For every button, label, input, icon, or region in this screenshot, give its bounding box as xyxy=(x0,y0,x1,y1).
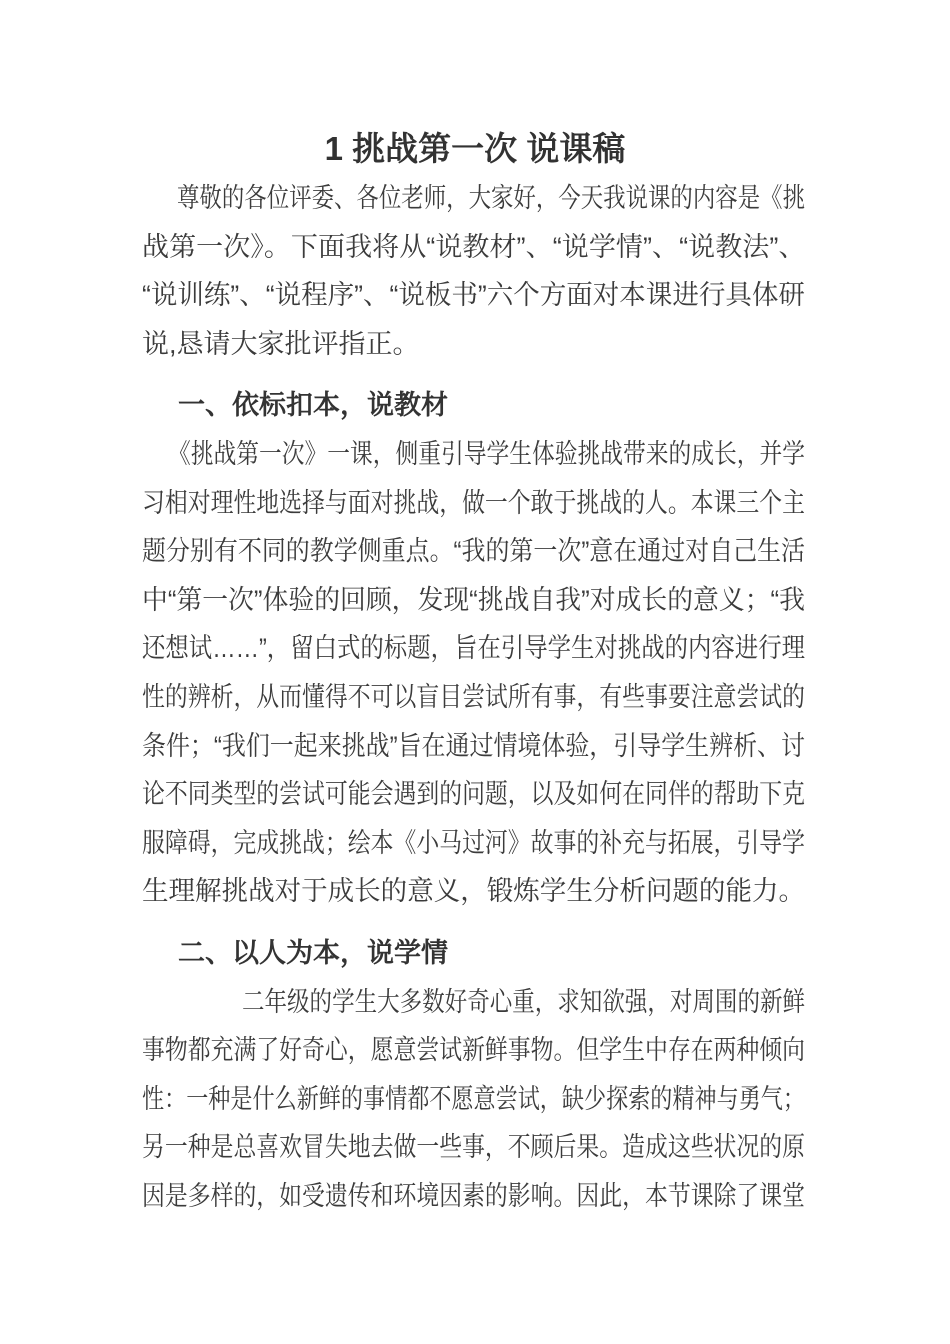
text-line: 论不同类型的尝试可能会遇到的问题，以及如何在同伴的帮助下克 xyxy=(142,770,808,819)
text-line-content: 性的辨析，从而懂得不可以盲目尝试所有事，有些事要注意尝试的 xyxy=(142,673,805,722)
text-line-content: 事物都充满了好奇心，愿意尝试新鲜事物。但学生中存在两种倾向 xyxy=(142,1026,805,1075)
document-title: 1 挑战第一次 说课稿 xyxy=(142,124,808,174)
text-line: 战第一次》。下面我将从“说教材”、“说学情”、“说教法”、 xyxy=(142,223,808,272)
text-line: 尊敬的各位评委、各位老师，大家好，今天我说课的内容是《挑 xyxy=(142,174,808,223)
text-line-content: 还想试……”，留白式的标题，旨在引导学生对挑战的内容进行理 xyxy=(142,624,805,673)
text-line: 性的辨析，从而懂得不可以盲目尝试所有事，有些事要注意尝试的 xyxy=(142,673,808,722)
text-line: 性：一种是什么新鲜的事情都不愿意尝试，缺少探索的精神与勇气； xyxy=(142,1075,808,1124)
text-line-content: 题分别有不同的教学侧重点。“我的第一次”意在通过对自己生活 xyxy=(142,527,805,576)
text-line-content: 服障碍，完成挑战；绘本《小马过河》故事的补充与拓展，引导学 xyxy=(142,819,805,868)
text-line: 题分别有不同的教学侧重点。“我的第一次”意在通过对自己生活 xyxy=(142,527,808,576)
section-heading-text: 二、以人为本，说学情 xyxy=(178,929,448,978)
document-title-text: 1 挑战第一次 说课稿 xyxy=(325,124,626,174)
section-2-paragraph: 二年级的学生大多数好奇心重，求知欲强，对周围的新鲜事物都充满了好奇心，愿意尝试新… xyxy=(142,978,808,1221)
document-body: 尊敬的各位评委、各位老师，大家好，今天我说课的内容是《挑战第一次》。下面我将从“… xyxy=(142,174,808,1220)
document-page: 1 挑战第一次 说课稿 尊敬的各位评委、各位老师，大家好，今天我说课的内容是《挑… xyxy=(0,0,950,1344)
text-line-content: 习相对理性地选择与面对挑战，做一个敢于挑战的人。本课三个主 xyxy=(142,479,805,528)
text-line: 说,恳请大家批评指正。 xyxy=(142,320,808,369)
text-line: 《挑战第一次》一课，侧重引导学生体验挑战带来的成长，并学 xyxy=(142,430,808,479)
section-1-heading: 一、依标扣本，说教材 xyxy=(142,381,808,430)
text-line: 习相对理性地选择与面对挑战，做一个敢于挑战的人。本课三个主 xyxy=(142,479,808,528)
text-line: 因是多样的，如受遗传和环境因素的影响。因此，本节课除了课堂 xyxy=(142,1172,808,1221)
text-line-content: 生理解挑战对于成长的意义，锻炼学生分析问题的能力。 xyxy=(142,867,805,916)
text-line: 二年级的学生大多数好奇心重，求知欲强，对周围的新鲜 xyxy=(142,978,808,1027)
text-line-content: 另一种是总喜欢冒失地去做一些事，不顾后果。造成这些状况的原 xyxy=(142,1123,805,1172)
text-line-content: “说训练”、“说程序”、“说板书”六个方面对本课进行具体研 xyxy=(142,271,805,320)
text-line: 还想试……”，留白式的标题，旨在引导学生对挑战的内容进行理 xyxy=(142,624,808,673)
text-line-content: 条件；“我们一起来挑战”旨在通过情境体验，引导学生辨析、讨 xyxy=(142,722,805,771)
text-line: 另一种是总喜欢冒失地去做一些事，不顾后果。造成这些状况的原 xyxy=(142,1123,808,1172)
text-line: 事物都充满了好奇心，愿意尝试新鲜事物。但学生中存在两种倾向 xyxy=(142,1026,808,1075)
text-line: 条件；“我们一起来挑战”旨在通过情境体验，引导学生辨析、讨 xyxy=(142,722,808,771)
text-line: 服障碍，完成挑战；绘本《小马过河》故事的补充与拓展，引导学 xyxy=(142,819,808,868)
section-1-paragraph: 《挑战第一次》一课，侧重引导学生体验挑战带来的成长，并学习相对理性地选择与面对挑… xyxy=(142,430,808,916)
text-line-content: 战第一次》。下面我将从“说教材”、“说学情”、“说教法”、 xyxy=(142,223,806,272)
text-line: 生理解挑战对于成长的意义，锻炼学生分析问题的能力。 xyxy=(142,867,808,916)
text-line: 中“第一次”体验的回顾，发现“挑战自我”对成长的意义；“我 xyxy=(142,576,808,625)
text-line-content: 二年级的学生大多数好奇心重，求知欲强，对周围的新鲜 xyxy=(242,978,805,1027)
text-line: “说训练”、“说程序”、“说板书”六个方面对本课进行具体研 xyxy=(142,271,808,320)
text-line-content: 中“第一次”体验的回顾，发现“挑战自我”对成长的意义；“我 xyxy=(142,576,805,625)
intro-paragraph: 尊敬的各位评委、各位老师，大家好，今天我说课的内容是《挑战第一次》。下面我将从“… xyxy=(142,174,808,368)
text-line-content: 性：一种是什么新鲜的事情都不愿意尝试，缺少探索的精神与勇气； xyxy=(142,1075,805,1124)
text-line-content: 《挑战第一次》一课，侧重引导学生体验挑战带来的成长，并学 xyxy=(168,430,805,479)
section-heading-text: 一、依标扣本，说教材 xyxy=(178,381,448,430)
section-2-heading: 二、以人为本，说学情 xyxy=(142,929,808,978)
text-line-content: 因是多样的，如受遗传和环境因素的影响。因此，本节课除了课堂 xyxy=(142,1172,805,1221)
text-line-content: 尊敬的各位评委、各位老师，大家好，今天我说课的内容是《挑 xyxy=(177,174,805,223)
text-line-content: 说,恳请大家批评指正。 xyxy=(142,320,420,369)
text-line-content: 论不同类型的尝试可能会遇到的问题，以及如何在同伴的帮助下克 xyxy=(142,770,805,819)
